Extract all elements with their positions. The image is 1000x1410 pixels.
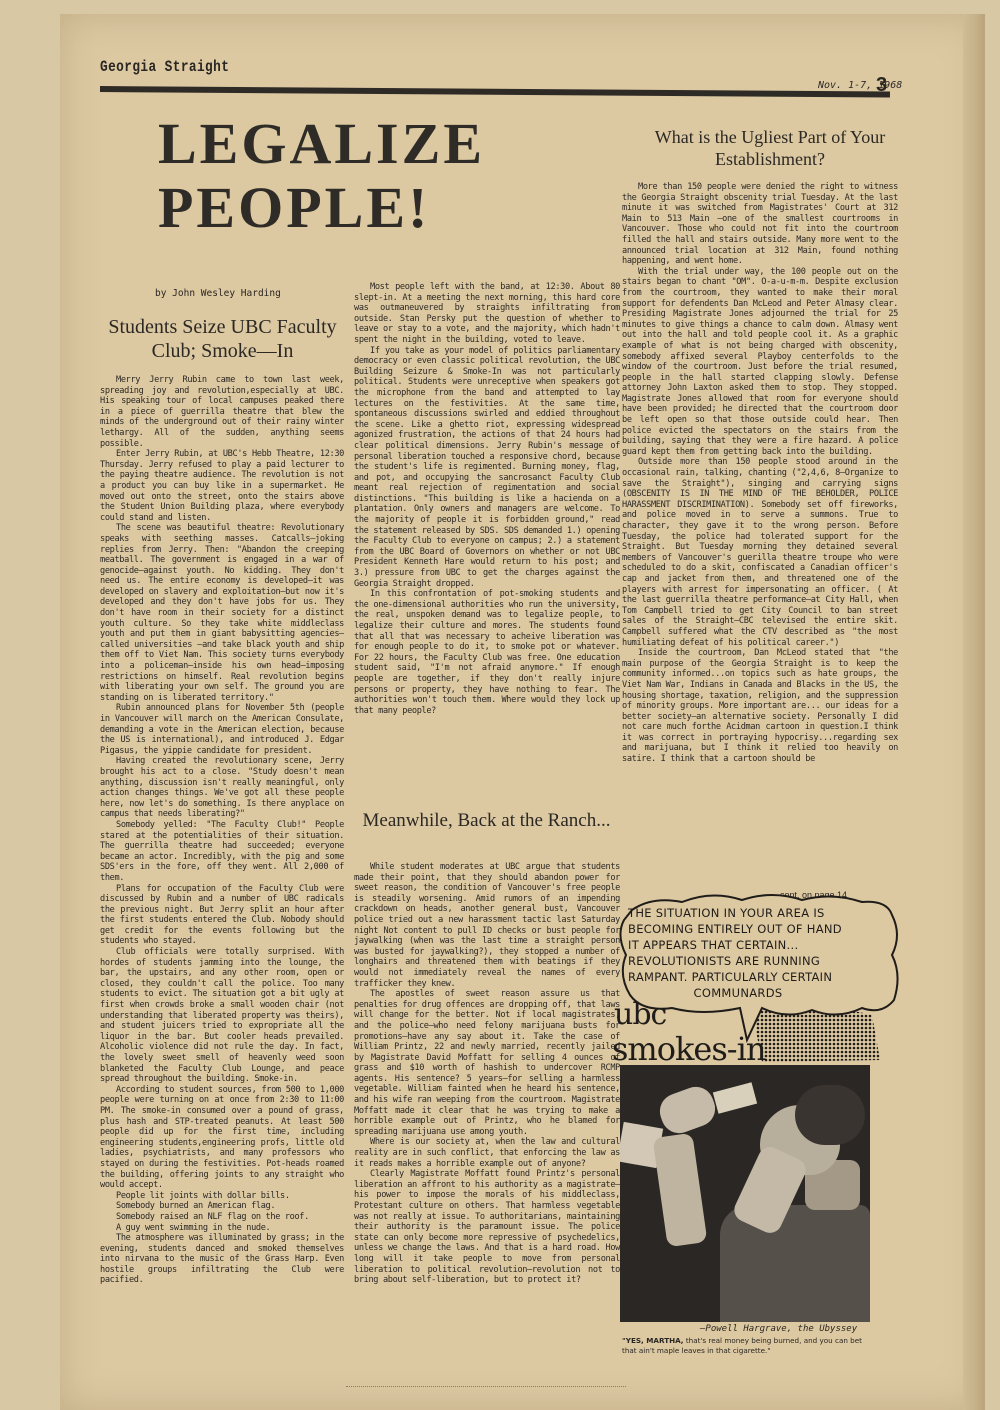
smoke-in-photo xyxy=(620,1065,870,1322)
paragraph: Somebody raised an NLF flag on the roof. xyxy=(100,1212,344,1223)
paragraph: Club officials were totally surprised. W… xyxy=(100,947,344,1085)
paragraph: Somebody burned an American flag. xyxy=(100,1201,344,1212)
photo-credit: —Powell Hargrave, the Ubyssey xyxy=(700,1324,857,1334)
paragraph: More than 150 people were denied the rig… xyxy=(622,182,898,267)
main-story-column-2: Most people left with the band, at 12:30… xyxy=(354,282,620,812)
paragraph: Outside more than 150 people stood aroun… xyxy=(622,457,898,648)
paragraph: Plans for occupation of the Faculty Club… xyxy=(100,884,344,948)
cartoon-title-line-2: smokes-in xyxy=(612,1030,765,1068)
paragraph: Inside the courtroom, Dan McLeod stated … xyxy=(622,648,898,765)
main-story-column-1: Merry Jerry Rubin came to town last week… xyxy=(100,375,344,1385)
headline-line-2: PEOPLE! xyxy=(158,176,448,240)
paragraph: While student moderates at UBC argue tha… xyxy=(354,862,620,989)
paragraph: The scene was beautiful theatre: Revolut… xyxy=(100,523,344,703)
speech-line: COMMUNARDS xyxy=(628,985,888,1001)
speech-line: IT APPEARS THAT CERTAIN... xyxy=(628,937,888,953)
masthead-title: Georgia Straight xyxy=(100,58,229,76)
paragraph: The apostles of sweet reason assure us t… xyxy=(354,989,620,1137)
cartoon-title-line-1: ubc xyxy=(614,1000,666,1030)
paragraph: According to student sources, from 500 t… xyxy=(100,1085,344,1191)
ugliest-story-body: More than 150 people were denied the rig… xyxy=(622,182,898,882)
fold-line xyxy=(346,1386,626,1388)
photo-caption: "YES, MARTHA, that's real money being bu… xyxy=(622,1336,872,1356)
ugliest-story-headline: What is the Ugliest Part of Your Establi… xyxy=(650,126,890,170)
speech-bubble-text: THE SITUATION IN YOUR AREA IS BECOMING E… xyxy=(628,905,888,1001)
ranch-story-headline: Meanwhile, Back at the Ranch... xyxy=(354,810,619,832)
speech-line: BECOMING ENTIRELY OUT OF HAND xyxy=(628,921,888,937)
paragraph: Merry Jerry Rubin came to town last week… xyxy=(100,375,344,449)
speech-line: THE SITUATION IN YOUR AREA IS xyxy=(628,905,888,921)
paragraph: If you take as your model of politics pa… xyxy=(354,346,620,590)
page-number: 3 xyxy=(876,74,887,97)
headline-line-1: LEGALIZE xyxy=(158,112,448,176)
paragraph: A guy went swimming in the nude. xyxy=(100,1223,344,1234)
paragraph: In this confrontation of pot-smoking stu… xyxy=(354,589,620,716)
issue-date: Nov. 1-7, 1968 xyxy=(818,80,902,91)
paragraph: Enter Jerry Rubin, at UBC's Hebb Theatre… xyxy=(100,449,344,523)
main-headline: LEGALIZE PEOPLE! xyxy=(158,112,448,240)
burning-bill xyxy=(713,1082,757,1114)
page-edge xyxy=(963,14,985,1410)
ranch-story-body: While student moderates at UBC argue tha… xyxy=(354,862,620,1382)
paragraph: Clearly Magistrate Moffatt found Printz'… xyxy=(354,1169,620,1286)
speech-line: REVOLUTIONISTS ARE RUNNING xyxy=(628,953,888,969)
paragraph: Most people left with the band, at 12:30… xyxy=(354,282,620,346)
paragraph: With the trial under way, the 100 people… xyxy=(622,267,898,458)
byline: by John Wesley Harding xyxy=(155,288,281,299)
main-story-subhead: Students Seize UBC Faculty Club; Smoke—I… xyxy=(100,315,345,363)
paragraph: Where is our society at, when the law an… xyxy=(354,1137,620,1169)
paragraph: Having created the revolutionary scene, … xyxy=(100,756,344,820)
paragraph: Somebody yelled: "The Faculty Club!" Peo… xyxy=(100,820,344,884)
paragraph: The atmosphere was illuminated by grass;… xyxy=(100,1233,344,1286)
paragraph: People lit joints with dollar bills. xyxy=(100,1191,344,1202)
paragraph: Rubin announced plans for November 5th (… xyxy=(100,703,344,756)
speech-line: RAMPANT. PARTICULARLY CERTAIN xyxy=(628,969,888,985)
